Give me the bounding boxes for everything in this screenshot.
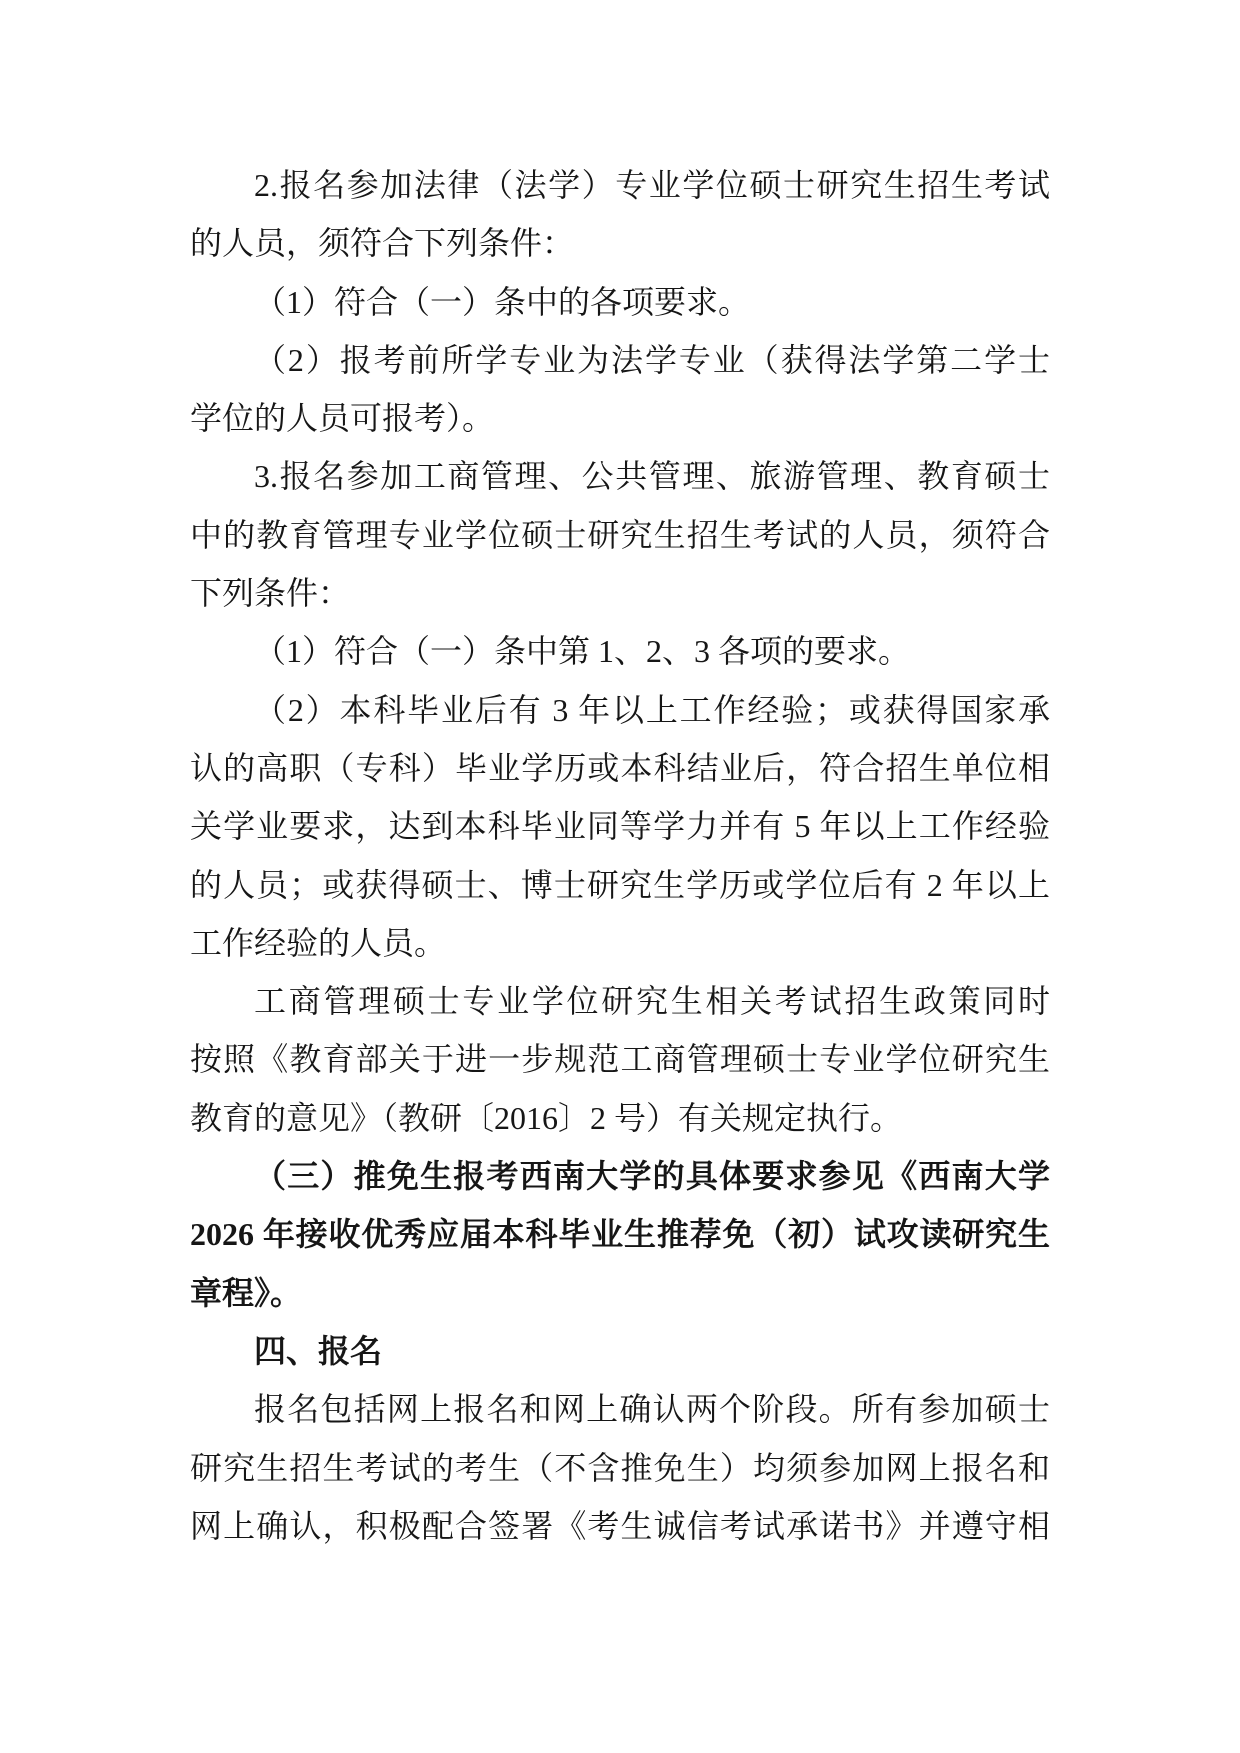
bold-notice-line: 章程》。 bbox=[190, 1264, 1050, 1322]
text-line: 教育的意见》（教研〔2016〕2 号）有关规定执行。 bbox=[190, 1089, 1050, 1147]
section-heading-registration: 四、报名 bbox=[190, 1322, 1050, 1380]
text-line: 按照《教育部关于进一步规范工商管理硕士专业学位研究生 bbox=[190, 1030, 1050, 1088]
text-line: 的人员；或获得硕士、博士研究生学历或学位后有 2 年以上 bbox=[190, 856, 1050, 914]
text-line: 2.报名参加法律（法学）专业学位硕士研究生招生考试 bbox=[190, 156, 1050, 214]
text-line: 报名包括网上报名和网上确认两个阶段。所有参加硕士 bbox=[190, 1380, 1050, 1438]
document-text-block: 2.报名参加法律（法学）专业学位硕士研究生招生考试 的人员，须符合下列条件： （… bbox=[190, 156, 1050, 1555]
text-line: 认的高职（专科）毕业学历或本科结业后，符合招生单位相 bbox=[190, 739, 1050, 797]
bold-notice-line: （三）推免生报考西南大学的具体要求参见《西南大学 bbox=[190, 1147, 1050, 1205]
document-page: 2.报名参加法律（法学）专业学位硕士研究生招生考试 的人员，须符合下列条件： （… bbox=[0, 0, 1240, 1753]
text-line: （1）符合（一）条中第 1、2、3 各项的要求。 bbox=[190, 622, 1050, 680]
text-line: 的人员，须符合下列条件： bbox=[190, 214, 1050, 272]
text-line: （2）报考前所学专业为法学专业（获得法学第二学士 bbox=[190, 331, 1050, 389]
text-line: 学位的人员可报考）。 bbox=[190, 389, 1050, 447]
text-line: 3.报名参加工商管理、公共管理、旅游管理、教育硕士 bbox=[190, 447, 1050, 505]
text-line: （1）符合（一）条中的各项要求。 bbox=[190, 273, 1050, 331]
text-line: 研究生招生考试的考生（不含推免生）均须参加网上报名和 bbox=[190, 1439, 1050, 1497]
text-line: 下列条件： bbox=[190, 564, 1050, 622]
text-line: 关学业要求，达到本科毕业同等学力并有 5 年以上工作经验 bbox=[190, 797, 1050, 855]
text-line: 工商管理硕士专业学位研究生相关考试招生政策同时 bbox=[190, 972, 1050, 1030]
text-line: 中的教育管理专业学位硕士研究生招生考试的人员，须符合 bbox=[190, 506, 1050, 564]
text-line: 网上确认，积极配合签署《考生诚信考试承诺书》并遵守相 bbox=[190, 1497, 1050, 1555]
bold-notice-line: 2026 年接收优秀应届本科毕业生推荐免（初）试攻读研究生 bbox=[190, 1205, 1050, 1263]
text-line: 工作经验的人员。 bbox=[190, 914, 1050, 972]
text-line: （2）本科毕业后有 3 年以上工作经验；或获得国家承 bbox=[190, 681, 1050, 739]
